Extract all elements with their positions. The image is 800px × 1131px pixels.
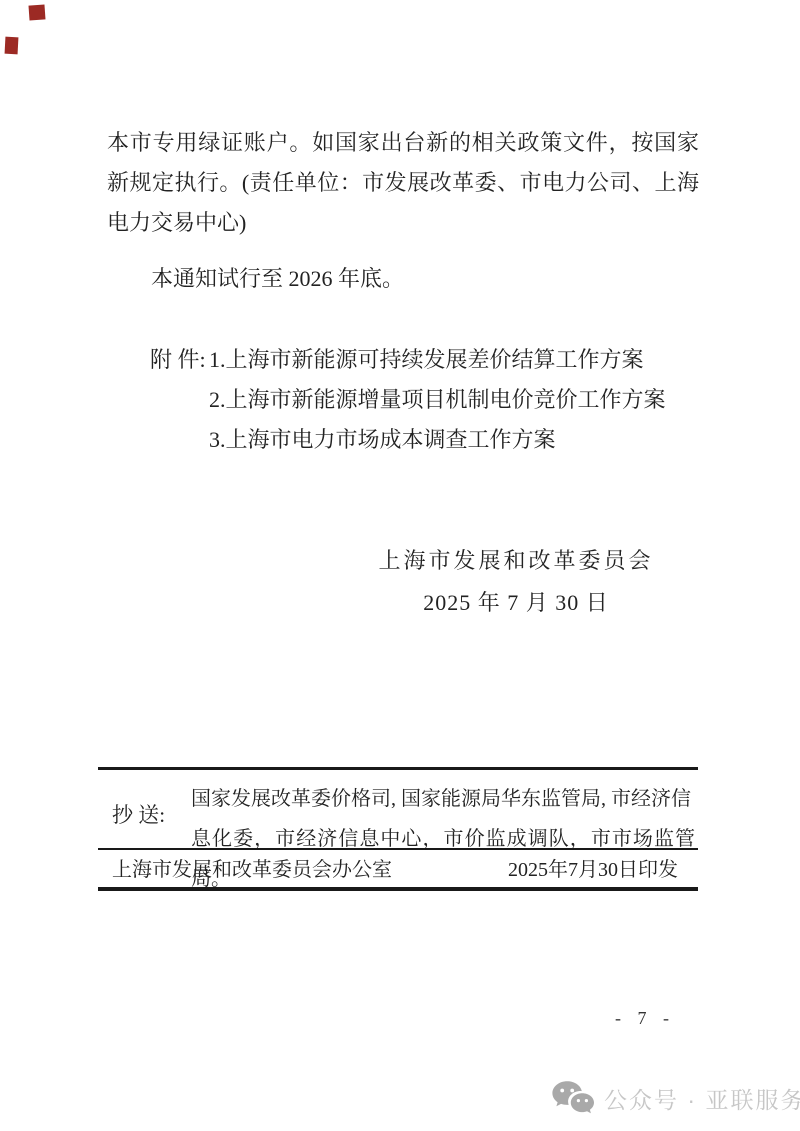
page-number: - 7 - (600, 1008, 690, 1029)
body-paragraph: 本通知试行至 2026 年底。 (107, 259, 699, 299)
stamp-fragment-mark (5, 37, 19, 55)
attachment-row: 3.上海市电力市场成本调查工作方案 (150, 420, 710, 460)
print-date: 2025年7月30日印发 (508, 857, 678, 883)
document-body: 本市专用绿证账户。如国家出台新的相关政策文件，按国家新规定执行。(责任单位：市发… (107, 123, 699, 299)
attachment-row: 2.上海市新能源增量项目机制电价竞价工作方案 (150, 380, 710, 420)
watermark-text: 公众号 · 亚联服务 (604, 1082, 800, 1115)
footer-top-rule (98, 767, 698, 770)
issuing-office-row: 上海市发展和改革委员会办公室 2025年7月30日印发 (112, 857, 678, 883)
watermark: 公众号 · 亚联服务 (551, 1079, 800, 1117)
issuing-office: 上海市发展和改革委员会办公室 (112, 857, 392, 883)
footer-middle-rule (98, 848, 698, 850)
attachment-item: 3.上海市电力市场成本调查工作方案 (209, 427, 556, 452)
signature-block: 上海市发展和改革委员会 2025 年 7 月 30 日 (372, 540, 660, 624)
attachment-item: 1.上海市新能源可持续发展差价结算工作方案 (209, 347, 644, 372)
footer-bottom-rule (98, 887, 698, 891)
document-page: 本市专用绿证账户。如国家出台新的相关政策文件，按国家新规定执行。(责任单位：市发… (0, 0, 800, 1131)
attachments-list: 附 件:1.上海市新能源可持续发展差价结算工作方案 2.上海市新能源增量项目机制… (150, 340, 710, 460)
signature-issuer: 上海市发展和改革委员会 (372, 540, 660, 582)
stamp-fragment-mark (28, 4, 45, 20)
cc-line: 国家发展改革委价格司, 国家能源局华东监管局, 市经济信 (191, 779, 695, 819)
signature-date: 2025 年 7 月 30 日 (372, 582, 660, 624)
body-paragraph: 本市专用绿证账户。如国家出台新的相关政策文件，按国家新规定执行。(责任单位：市发… (107, 123, 699, 243)
attachment-item: 2.上海市新能源增量项目机制电价竞价工作方案 (209, 387, 666, 412)
cc-label: 抄 送: (112, 799, 165, 829)
attachment-row: 附 件:1.上海市新能源可持续发展差价结算工作方案 (150, 340, 710, 380)
attachments-label: 附 件: (150, 340, 209, 380)
wechat-icon (551, 1079, 595, 1117)
